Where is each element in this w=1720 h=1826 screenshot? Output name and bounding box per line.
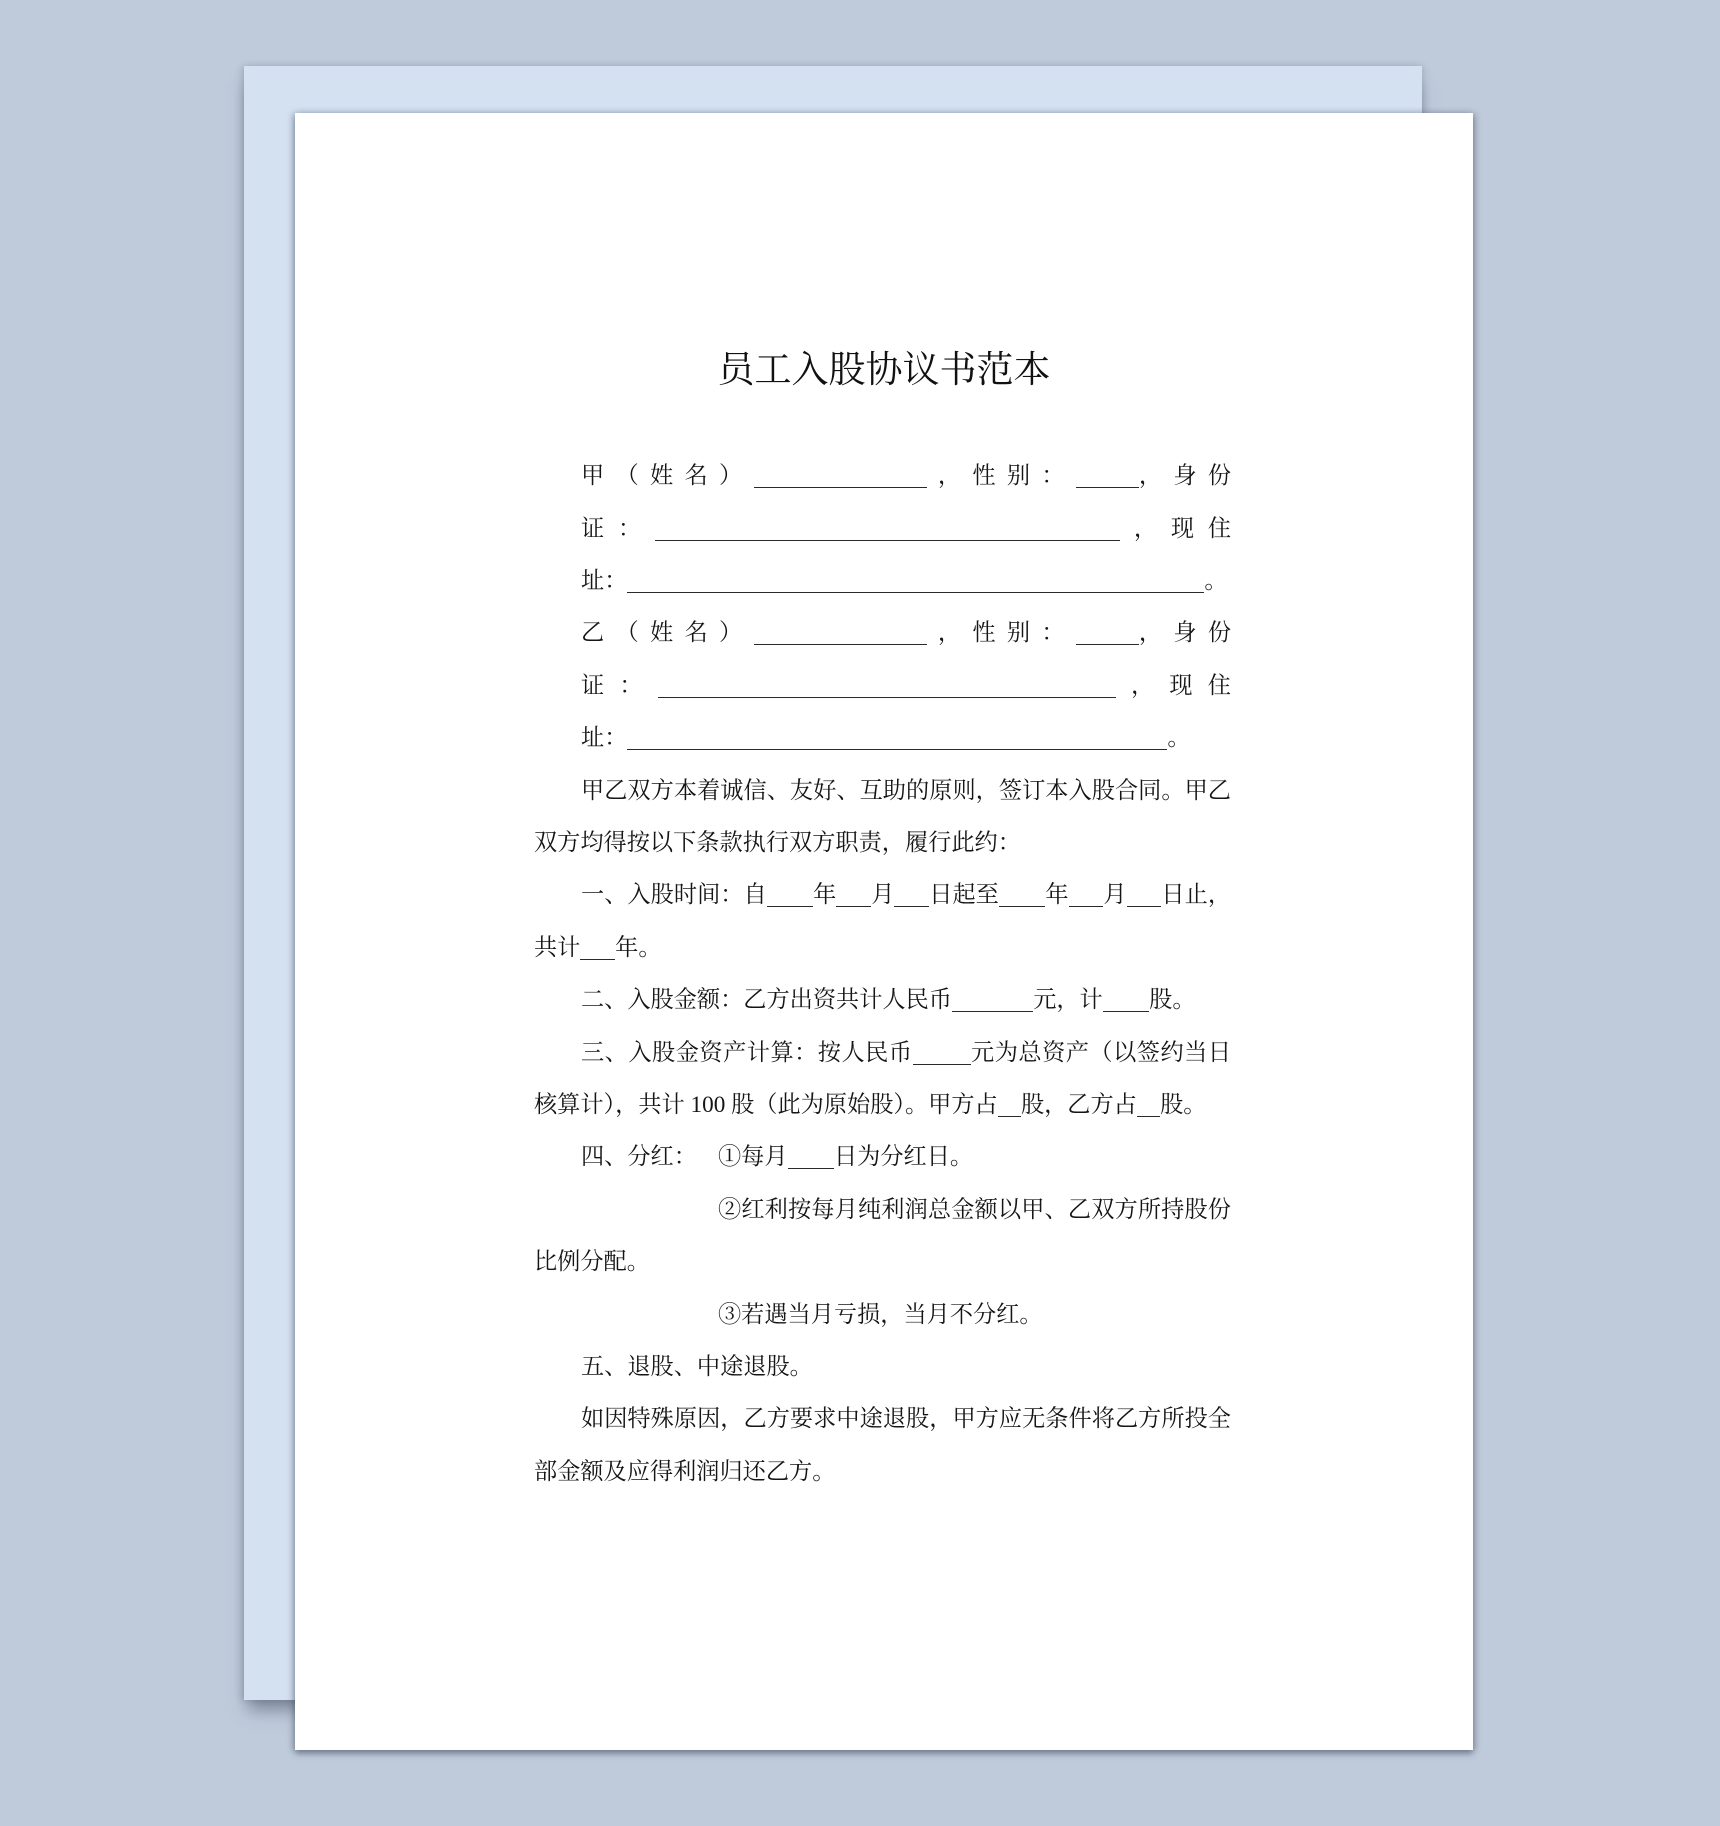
clause-3-prefix: 三、入股金资产计算：按人民币: [581, 1040, 913, 1066]
day-end-text: 日止，: [1161, 882, 1231, 908]
party-a-name-blank: [754, 464, 927, 487]
separator: ，: [1131, 660, 1154, 712]
document-page: 员工入股协议书范本 甲 （ 姓 名 ） ， 性 别 ： ， 身 份 证 ： ， …: [295, 113, 1473, 1750]
name-label-char: ）: [719, 607, 742, 659]
gender-label-char: ：: [1041, 450, 1064, 502]
shares-suffix: 股。: [1160, 1092, 1206, 1118]
year-text: 年: [813, 882, 836, 908]
address-label-char: 住: [1208, 660, 1231, 712]
clause-5-heading: 五、退股、中途退股。: [581, 1341, 813, 1393]
id-label-char: 证: [581, 660, 604, 712]
clause-4-heading: 四、分红：: [581, 1131, 697, 1183]
separator: ，: [1139, 450, 1162, 502]
shares-suffix: 股。: [1149, 987, 1195, 1013]
address-label-char: 址: [581, 568, 604, 594]
item-1-suffix: 日为分红日。: [834, 1144, 973, 1170]
total-prefix: 共计: [534, 935, 580, 961]
clause-3-line-1: 三、入股金资产计算：按人民币元为总资产（以签约当日: [581, 1027, 1231, 1079]
party-b-id-blank: [658, 674, 1116, 697]
party-b-shares-blank: [1137, 1094, 1160, 1117]
shares-text: 核算计），共计 100 股（此为原始股）。甲方占: [534, 1092, 998, 1118]
id-label-char: 份: [1208, 450, 1231, 502]
id-label-char: 份: [1208, 607, 1231, 659]
end-month-blank: [1069, 884, 1104, 907]
address-label-char: ：: [604, 568, 627, 594]
party-a-shares-blank: [998, 1094, 1021, 1117]
clause-5-body-line-2: 部金额及应得利润归还乙方。: [534, 1446, 835, 1498]
dividend-day-blank: [788, 1146, 834, 1169]
day-to-text: 日起至: [929, 882, 999, 908]
item-1-prefix: ①每月: [718, 1144, 788, 1170]
line-end: 。: [1167, 725, 1190, 751]
name-label-char: 姓: [650, 450, 673, 502]
clause-1-line-1: 一、入股时间：自年月日起至年月日止，: [581, 869, 1231, 921]
party-a-name-line: 甲 （ 姓 名 ） ， 性 别 ： ， 身 份: [581, 450, 1231, 502]
name-label-char: 名: [685, 607, 708, 659]
id-label-char: ：: [619, 660, 642, 712]
clause-4-item-2-line-2: 比例分配。: [534, 1236, 650, 1288]
start-year-blank: [767, 884, 813, 907]
separator: ，: [1134, 503, 1157, 555]
gender-label-char: 性: [972, 450, 995, 502]
clause-2-prefix: 二、入股金额：乙方出资共计人民币: [581, 987, 952, 1013]
party-a-address-blank: [627, 570, 1204, 593]
investment-amount-blank: [952, 989, 1033, 1012]
gender-label-char: 别: [1007, 450, 1030, 502]
clause-2-line: 二、入股金额：乙方出资共计人民币元，计股。: [581, 974, 1196, 1026]
gender-label-char: 性: [972, 607, 995, 659]
party-b-gender-blank: [1076, 621, 1139, 644]
party-b-label: 乙: [581, 607, 604, 659]
party-b-id-line: 证 ： ， 现 住: [581, 660, 1231, 712]
address-label-char: 住: [1208, 503, 1231, 555]
address-label-char: 现: [1169, 660, 1192, 712]
name-label-char: 姓: [650, 607, 673, 659]
clause-1-prefix: 一、入股时间：自: [581, 882, 767, 908]
clause-4-item-3: ③若遇当月亏损，当月不分红。: [718, 1289, 1043, 1341]
party-a-address-line: 址：。: [581, 555, 1228, 607]
name-label-char: 名: [685, 450, 708, 502]
preamble-line-2: 双方均得按以下条款执行双方职责，履行此约：: [534, 817, 1021, 869]
address-label-char: 址: [581, 725, 604, 751]
address-label-char: ：: [604, 725, 627, 751]
end-day-blank: [1127, 884, 1162, 907]
clause-3-line-2: 核算计），共计 100 股（此为原始股）。甲方占股，乙方占股。: [534, 1079, 1206, 1131]
party-a-gender-blank: [1076, 464, 1139, 487]
separator: ，: [938, 607, 961, 659]
shares-blank: [1103, 989, 1149, 1012]
party-b-address-blank: [627, 727, 1167, 750]
party-b-name-blank: [754, 621, 927, 644]
address-label-char: 现: [1171, 503, 1194, 555]
month-text: 月: [1103, 882, 1126, 908]
year-text: 年: [1045, 882, 1068, 908]
gender-label-char: 别: [1007, 607, 1030, 659]
total-assets-blank: [913, 1042, 971, 1065]
end-year-blank: [999, 884, 1045, 907]
party-a-label: 甲: [581, 450, 604, 502]
id-label-char: 证: [581, 503, 604, 555]
clause-5-body-line-1: 如因特殊原因，乙方要求中途退股，甲方应无条件将乙方所投全: [581, 1393, 1231, 1445]
party-a-gender-group: ，: [1076, 450, 1162, 502]
name-label-char: ）: [719, 450, 742, 502]
clause-4-item-2-line-1: ②红利按每月纯利润总金额以甲、乙双方所持股份: [718, 1184, 1231, 1236]
total-suffix: 年。: [615, 935, 661, 961]
party-a-id-blank: [655, 517, 1120, 540]
id-label-char: 身: [1173, 450, 1196, 502]
preamble-line-1: 甲乙双方本着诚信、友好、互助的原则，签订本入股合同。甲乙: [581, 765, 1231, 817]
separator: ，: [938, 450, 961, 502]
yuan-text: 元，计: [1033, 987, 1103, 1013]
shares-text: 股，乙方占: [1021, 1092, 1137, 1118]
start-month-blank: [836, 884, 871, 907]
total-years-blank: [580, 937, 615, 960]
party-b-gender-group: ，: [1076, 607, 1162, 659]
assets-text: 元为总资产（以签约当日: [971, 1040, 1231, 1066]
clause-4-item-1: ①每月日为分红日。: [718, 1131, 973, 1183]
name-label-char: （: [616, 450, 639, 502]
name-label-char: （: [616, 607, 639, 659]
start-day-blank: [894, 884, 929, 907]
party-b-name-line: 乙 （ 姓 名 ） ， 性 别 ： ， 身 份: [581, 607, 1231, 659]
party-b-address-line: 址：。: [581, 712, 1191, 764]
line-end: 。: [1204, 568, 1227, 594]
id-label-char: ：: [618, 503, 641, 555]
party-a-id-line: 证 ： ， 现 住: [581, 503, 1231, 555]
gender-label-char: ：: [1041, 607, 1064, 659]
id-label-char: 身: [1173, 607, 1196, 659]
clause-1-line-2: 共计年。: [534, 922, 662, 974]
month-text: 月: [871, 882, 894, 908]
document-title: 员工入股协议书范本: [295, 349, 1473, 393]
separator: ，: [1139, 607, 1162, 659]
